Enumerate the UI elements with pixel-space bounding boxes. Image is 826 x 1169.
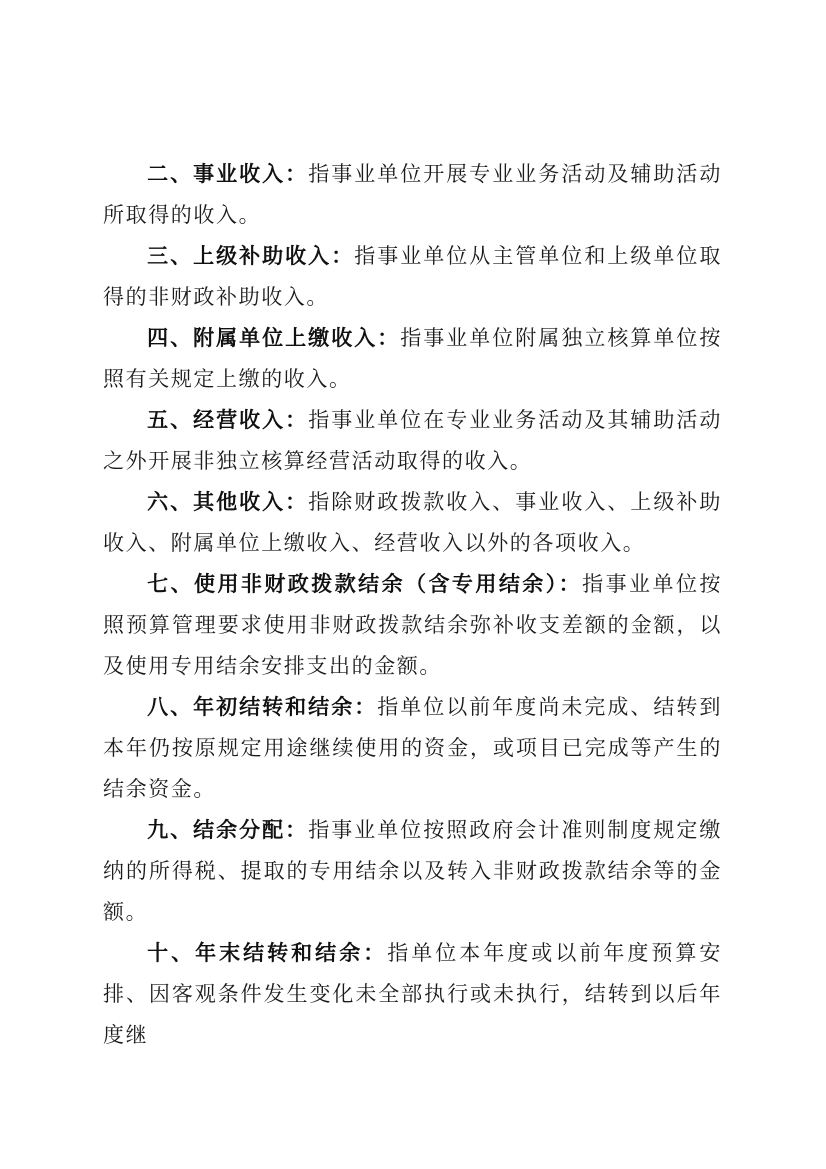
term-heading: 七、使用非财政拨款结余（含专用结余）： (147, 572, 582, 596)
term-heading: 八、年初结转和结余： (147, 695, 377, 719)
term-heading: 六、其他收入： (147, 490, 308, 514)
term-heading: 三、上级补助收入： (147, 244, 354, 268)
definition-paragraph: 八、年初结转和结余：指单位以前年度尚未完成、结转到本年仍按原规定用途继续使用的资… (103, 687, 722, 810)
definition-paragraph: 三、上级补助收入：指事业单位从主管单位和上级单位取得的非财政补助收入。 (103, 236, 722, 318)
definition-paragraph: 十、年末结转和结余：指单位本年度或以前年度预算安排、因客观条件发生变化未全部执行… (103, 933, 722, 1056)
definition-paragraph: 六、其他收入：指除财政拨款收入、事业收入、上级补助收入、附属单位上缴收入、经营收… (103, 482, 722, 564)
term-heading: 九、结余分配： (147, 818, 308, 842)
definition-paragraph: 二、事业收入：指事业单位开展专业业务活动及辅助活动所取得的收入。 (103, 154, 722, 236)
definition-paragraph: 四、附属单位上缴收入：指事业单位附属独立核算单位按照有关规定上缴的收入。 (103, 318, 722, 400)
definition-paragraph: 五、经营收入：指事业单位在专业业务活动及其辅助活动之外开展非独立核算经营活动取得… (103, 400, 722, 482)
term-heading: 四、附属单位上缴收入： (147, 326, 400, 350)
term-heading: 十、年末结转和结余： (147, 941, 387, 965)
term-heading: 五、经营收入： (147, 408, 308, 432)
term-heading: 二、事业收入： (147, 162, 308, 186)
definition-paragraph: 九、结余分配：指事业单位按照政府会计准则制度规定缴纳的所得税、提取的专用结余以及… (103, 810, 722, 933)
definition-paragraph: 七、使用非财政拨款结余（含专用结余）：指事业单位按照预算管理要求使用非财政拨款结… (103, 564, 722, 687)
document-page: 二、事业收入：指事业单位开展专业业务活动及辅助活动所取得的收入。 三、上级补助收… (0, 0, 826, 1169)
